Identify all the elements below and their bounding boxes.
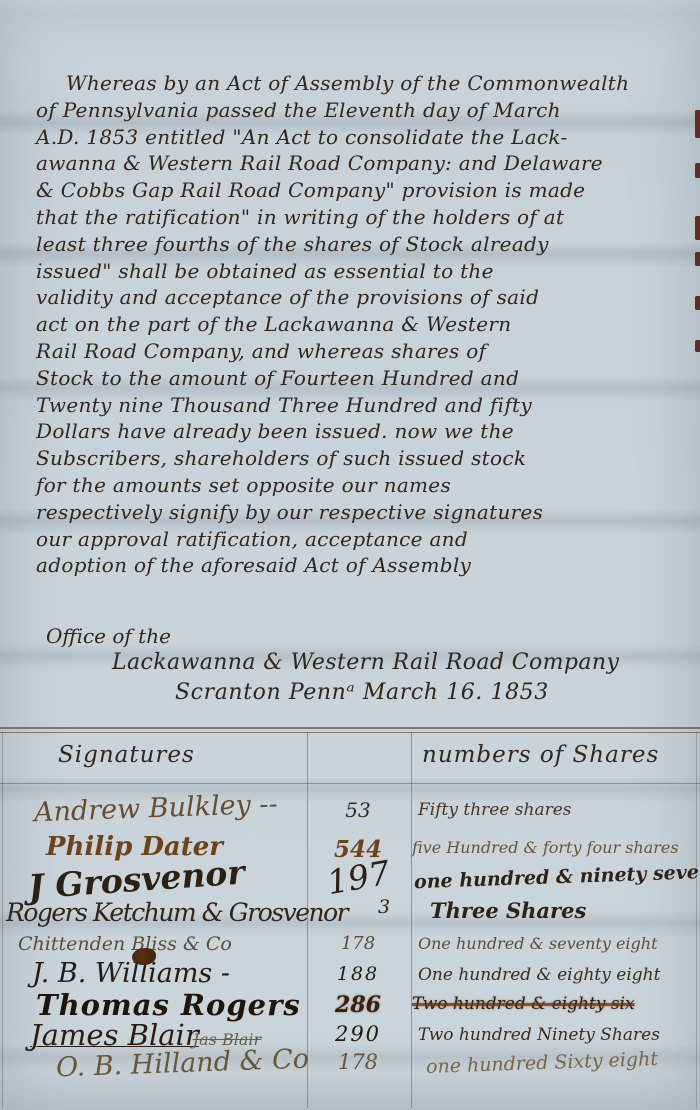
column-header-number-of-shares: numbers of Shares — [422, 742, 659, 768]
share-count: 178 — [307, 933, 409, 954]
signature-andrew-bulkley: Andrew Bulkley -- — [34, 793, 339, 824]
signature-rogers-ketchum-grosvenor: Rogers Ketchum & Grosvenor — [6, 898, 311, 927]
body-line: for the amounts set opposite our names — [36, 472, 696, 499]
shares-written: one hundred Sixty eight — [426, 1052, 700, 1074]
share-count: 290 — [307, 1022, 409, 1046]
place-date-line: Scranton Pennᵃ March 16. 1853 — [175, 680, 700, 705]
shares-written: One hundred & seventy eight — [418, 934, 696, 953]
shares-written: one hundred & ninety seven — [414, 866, 692, 888]
shares-written: Two hundred Ninety Shares — [418, 1025, 696, 1045]
body-line: Twenty nine Thousand Three Hundred and f… — [36, 392, 696, 419]
body-line: issued" shall be obtained as essential t… — [36, 258, 696, 285]
body-line: awanna & Western Rail Road Company: and … — [36, 150, 696, 177]
signature-chittenden-bliss-co: Chittenden Bliss & Co — [18, 933, 323, 955]
table-left-border — [2, 732, 3, 1108]
body-line: A.D. 1853 entitled "An Act to consolidat… — [36, 124, 696, 151]
office-line: Office of the — [46, 624, 700, 648]
shares-written: Three Shares — [430, 898, 700, 923]
table-header-rule — [0, 783, 700, 784]
body-line: adoption of the aforesaid Act of Assembl… — [36, 552, 696, 579]
body-line: act on the part of the Lackawanna & West… — [36, 311, 696, 338]
share-count: 53 — [307, 798, 409, 822]
signature-thomas-rogers: Thomas Rogers — [36, 988, 341, 1022]
shares-written: Fifty three shares — [418, 800, 696, 820]
body-line: validity and acceptance of the provision… — [36, 284, 696, 311]
body-line: of Pennsylvania passed the Eleventh day … — [36, 97, 696, 124]
share-count: 3 — [307, 902, 409, 924]
body-line: Whereas by an Act of Assembly of the Com… — [36, 70, 696, 97]
signature-jb-williams: J. B. Williams - — [32, 958, 337, 989]
column-header-signatures: Signatures — [58, 742, 195, 768]
body-line: Stock to the amount of Fourteen Hundred … — [36, 365, 696, 392]
shares-written: Two hundred & eighty six — [412, 994, 690, 1014]
body-line: Rail Road Company, and whereas shares of — [36, 338, 696, 365]
share-count: 178 — [307, 1050, 409, 1074]
table-top-rule-inner — [0, 732, 700, 733]
table-top-rule-outer — [0, 727, 700, 729]
ink-blot — [132, 948, 156, 965]
share-count: 286 — [307, 992, 409, 1018]
shares-written: One hundred & eighty eight — [418, 965, 696, 985]
signature-j-grosvenor: J Grosvenor — [28, 860, 333, 899]
body-line: our approval ratification, acceptance an… — [36, 526, 696, 553]
table-column-divider-2 — [411, 732, 412, 1108]
body-line: Subscribers, shareholders of such issued… — [36, 445, 696, 472]
scanned-document-page: Whereas by an Act of Assembly of the Com… — [0, 0, 700, 1110]
body-paragraph: Whereas by an Act of Assembly of the Com… — [36, 70, 696, 579]
company-name-line: Lackawanna & Western Rail Road Company — [112, 650, 700, 675]
body-line: least three fourths of the shares of Sto… — [36, 231, 696, 258]
body-line: respectively signify by our respective s… — [36, 499, 696, 526]
body-line: Dollars have already been issued. now we… — [36, 418, 696, 445]
body-line: that the ratification" in writing of the… — [36, 204, 696, 231]
share-count: 188 — [307, 963, 409, 985]
share-count: 197 — [307, 858, 409, 897]
shares-written: five Hundred & forty four shares — [412, 838, 690, 857]
body-line: & Cobbs Gap Rail Road Company" provision… — [36, 177, 696, 204]
